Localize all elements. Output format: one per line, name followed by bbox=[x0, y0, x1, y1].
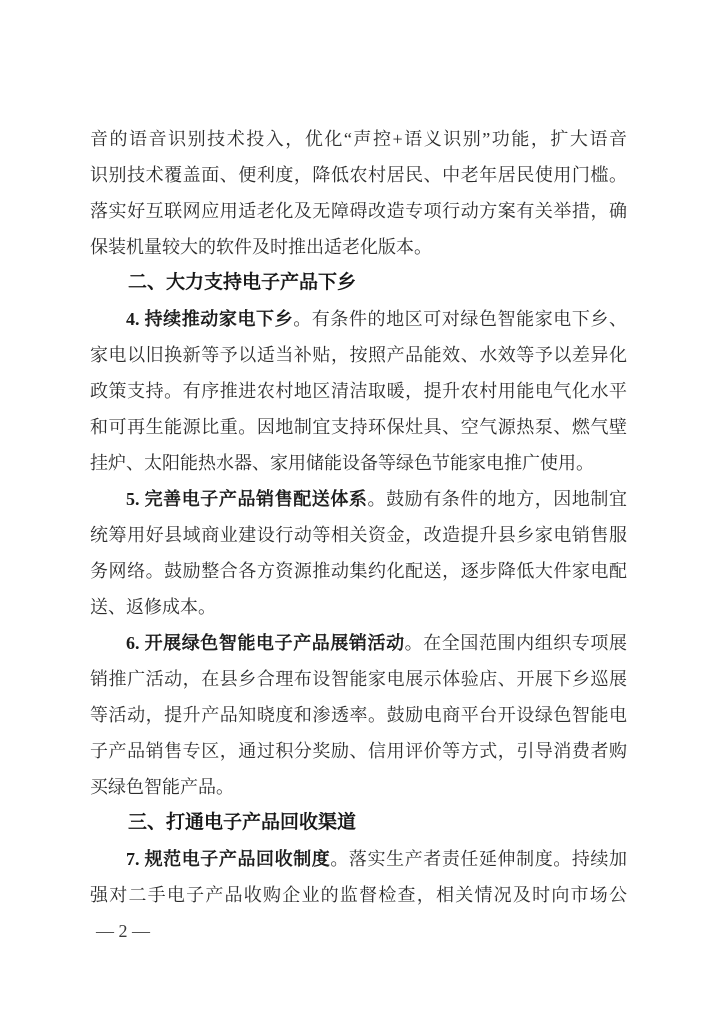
text-line: 保装机量较大的软件及时推出适老化版本。 bbox=[90, 229, 627, 265]
document-page: 音的语音识别技术投入，优化“声控+语义识别”功能，扩大语音识别技术覆盖面、便利度… bbox=[0, 0, 720, 1018]
text-line: 家电以旧换新等予以适当补贴，按照产品能效、水效等予以差异化 bbox=[90, 337, 627, 373]
document-body: 音的语音识别技术投入，优化“声控+语义识别”功能，扩大语音识别技术覆盖面、便利度… bbox=[90, 121, 627, 913]
text-line: 7. 规范电子产品回收制度。落实生产者责任延伸制度。持续加 bbox=[90, 841, 627, 877]
item-lead-bold: 4. 持续推动家电下乡 bbox=[126, 309, 293, 329]
item-lead-bold: 7. 规范电子产品回收制度 bbox=[126, 849, 330, 869]
item-lead-bold: 6. 开展绿色智能电子产品展销活动 bbox=[126, 633, 405, 653]
item-lead-bold: 5. 完善电子产品销售配送体系 bbox=[126, 489, 368, 509]
text-line: 4. 持续推动家电下乡。有条件的地区可对绿色智能家电下乡、 bbox=[90, 301, 627, 337]
text-line: 识别技术覆盖面、便利度，降低农村居民、中老年居民使用门槛。 bbox=[90, 157, 627, 193]
text-line: 统筹用好县域商业建设行动等相关资金，改造提升县乡家电销售服 bbox=[90, 517, 627, 553]
text-line: 6. 开展绿色智能电子产品展销活动。在全国范围内组织专项展 bbox=[90, 625, 627, 661]
text-line: 和可再生能源比重。因地制宜支持环保灶具、空气源热泵、燃气壁 bbox=[90, 409, 627, 445]
text-line: 子产品销售专区，通过积分奖励、信用评价等方式，引导消费者购 bbox=[90, 733, 627, 769]
section-heading: 二、大力支持电子产品下乡 bbox=[90, 265, 627, 301]
text-line: 销推广活动，在县乡合理布设智能家电展示体验店、开展下乡巡展 bbox=[90, 661, 627, 697]
text-line: 挂炉、太阳能热水器、家用储能设备等绿色节能家电推广使用。 bbox=[90, 445, 627, 481]
text-line: 买绿色智能产品。 bbox=[90, 769, 627, 805]
text-line: 音的语音识别技术投入，优化“声控+语义识别”功能，扩大语音 bbox=[90, 121, 627, 157]
text-line: 5. 完善电子产品销售配送体系。鼓励有条件的地方，因地制宜 bbox=[90, 481, 627, 517]
text-line: 送、返修成本。 bbox=[90, 589, 627, 625]
text-line: 落实好互联网应用适老化及无障碍改造专项行动方案有关举措，确 bbox=[90, 193, 627, 229]
page-number: — 2 — bbox=[96, 913, 150, 949]
text-line: 务网络。鼓励整合各方资源推动集约化配送，逐步降低大件家电配 bbox=[90, 553, 627, 589]
text-line: 政策支持。有序推进农村地区清洁取暖，提升农村用能电气化水平 bbox=[90, 373, 627, 409]
text-line: 强对二手电子产品收购企业的监督检查，相关情况及时向市场公 bbox=[90, 877, 627, 913]
text-line: 等活动，提升产品知晓度和渗透率。鼓励电商平台开设绿色智能电 bbox=[90, 697, 627, 733]
section-heading: 三、打通电子产品回收渠道 bbox=[90, 805, 627, 841]
